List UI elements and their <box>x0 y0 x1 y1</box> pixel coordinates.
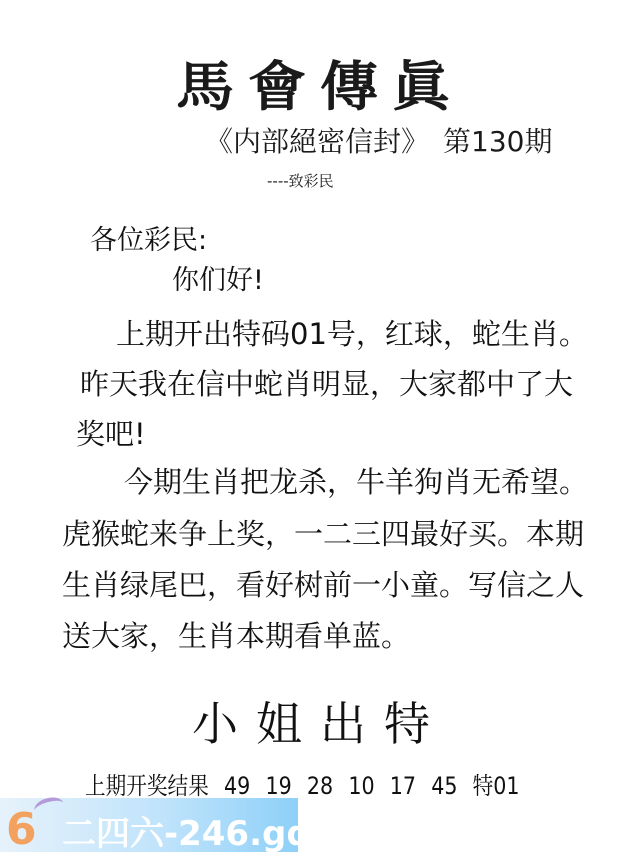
body-line: 今期生肖把龙杀，牛羊狗肖无希望。 <box>124 460 588 501</box>
result-number: 17 <box>390 772 416 800</box>
last-result-line: 上期开奖结果 49 19 28 10 17 45 特01 <box>85 766 528 801</box>
last-result-label: 上期开奖结果 <box>85 772 209 800</box>
body-line: 生肖绿尾巴，看好树前一小童。写信之人 <box>62 563 584 604</box>
logo-six-icon: 6 <box>6 804 37 852</box>
result-number: 45 <box>431 772 457 800</box>
document-title: 馬會傳眞 <box>0 43 640 120</box>
watermark-banner: 6 二四六-246.gd <box>0 798 298 852</box>
recipient-line: ----致彩民 <box>267 170 334 191</box>
result-number: 19 <box>265 772 291 800</box>
ribbon-icon <box>32 794 66 819</box>
headline: 小姐出特 <box>0 688 640 754</box>
subtitle: 《内部絕密信封》 <box>205 125 429 158</box>
result-number: 49 <box>224 772 250 800</box>
watermark-text: 二四六-246.gd <box>62 806 311 852</box>
subtitle-line: 《内部絕密信封》第130期 <box>205 120 552 160</box>
issue-number: 第130期 <box>443 125 552 158</box>
result-number: 28 <box>307 772 333 800</box>
body-line: 送大家，生肖本期看单蓝。 <box>62 614 410 655</box>
result-number: 10 <box>348 772 374 800</box>
special-number: 特01 <box>473 772 520 800</box>
salutation: 各位彩民: <box>90 218 207 257</box>
body-line: 昨天我在信中蛇肖明显，大家都中了大 <box>80 362 573 403</box>
body-line: 奖吧! <box>76 412 146 453</box>
body-line: 虎猴蛇来争上奖，一二三四最好买。本期 <box>62 512 584 553</box>
greeting: 你们好! <box>172 258 264 297</box>
body-line: 上期开出特码01号，红球，蛇生肖。 <box>116 312 588 353</box>
